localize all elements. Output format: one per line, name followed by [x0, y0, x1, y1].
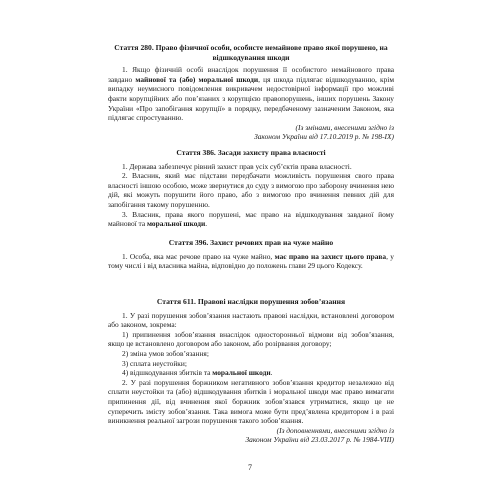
article-386: Стаття 386. Засади захисту права власнос…: [108, 148, 394, 229]
article-title: Стаття 386. Засади захисту права власнос…: [108, 148, 394, 158]
paragraph: 4) відшкодування збитків та моральної шк…: [108, 368, 394, 378]
paragraph: 2. Власник, який має підстави передбачат…: [108, 171, 394, 209]
page-number: 7: [0, 463, 500, 472]
paragraph: 2. У разі порушення боржником негативног…: [108, 378, 394, 426]
paragraph: 3) сплата неустойки;: [108, 359, 394, 369]
article-280: Стаття 280. Право фізичної особи, особис…: [108, 43, 394, 142]
paragraph: 1. Якщо фізичній особі внаслідок порушен…: [108, 65, 394, 123]
amendment-note: (Із доповненнями, внесеними згідно ізЗак…: [108, 426, 394, 445]
article-title: Стаття 611. Правові наслідки порушення з…: [108, 297, 394, 307]
paragraph: 2) зміна умов зобов’язання;: [108, 349, 394, 359]
article-611: Стаття 611. Правові наслідки порушення з…: [108, 297, 394, 445]
paragraph: 1. Держава забезпечує рівний захист прав…: [108, 162, 394, 172]
paragraph: 1) припинення зобов’язання внаслідок одн…: [108, 330, 394, 349]
article-title: Стаття 396. Захист речових прав на чуже …: [108, 238, 394, 248]
article-396: Стаття 396. Захист речових прав на чуже …: [108, 238, 394, 271]
paragraph: 1. У разі порушення зобов’язання настают…: [108, 311, 394, 330]
article-title: Стаття 280. Право фізичної особи, особис…: [108, 43, 394, 62]
paragraph: 3. Власник, права якого порушені, має пр…: [108, 210, 394, 229]
paragraph: 1. Особа, яка має речове право на чуже м…: [108, 252, 394, 271]
amendment-note: (Із змінами, внесеними згідно ізЗаконом …: [108, 123, 394, 142]
